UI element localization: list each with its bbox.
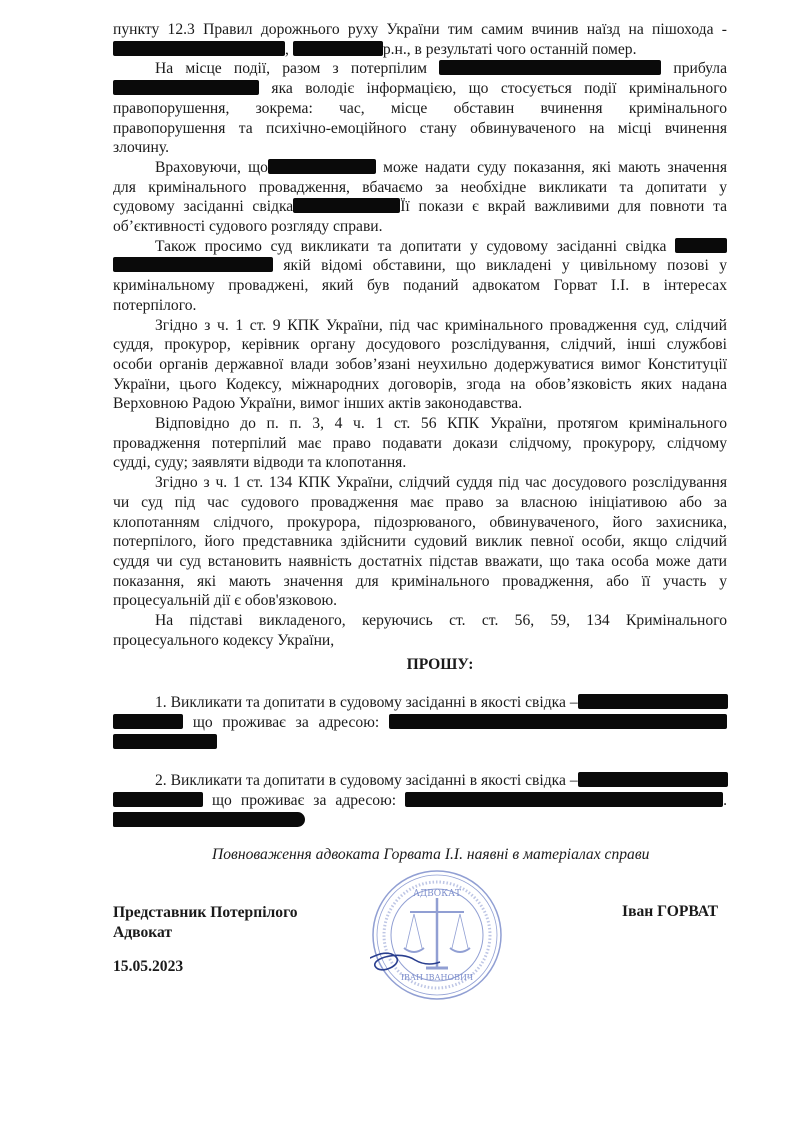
text-line: що проживає за адресою: . <box>113 791 727 811</box>
text-line: чи суд під час судового провадження має … <box>113 493 727 513</box>
paragraph-2: На місце події, разом з потерпілим прибу… <box>113 59 727 158</box>
redaction <box>675 238 727 253</box>
text-line: 2. Викликати та допитати в судовому засі… <box>113 771 727 791</box>
signature-date: 15.05.2023 <box>113 958 183 976</box>
text-line: Також просимо суд викликати та допитати … <box>113 237 727 257</box>
redaction <box>389 714 727 729</box>
redaction <box>113 792 203 807</box>
redaction <box>293 41 383 56</box>
text-line: Згідно з ч. 1 ст. 134 КПК України, слідч… <box>113 473 727 493</box>
paragraph-3: Враховуючи, що може надати суду показанн… <box>113 158 727 237</box>
text-line: особи органів державної влади зобов’язан… <box>113 355 727 375</box>
text-line: якій відомі обставини, що викладені у ци… <box>113 256 727 276</box>
role-line-1: Представник Потерпілого <box>113 903 298 923</box>
redaction <box>405 792 723 807</box>
text-line: правопорушення та психічно-емоційного ст… <box>113 119 727 139</box>
text-line: процесуальній дії є обов'язковою. <box>113 591 727 611</box>
redaction <box>113 257 273 272</box>
redaction <box>293 198 400 213</box>
svg-text:ІВАН ІВАНОВИЧ: ІВАН ІВАНОВИЧ <box>401 973 473 982</box>
text-line: 1. Викликати та допитати в судовому засі… <box>113 693 727 713</box>
paragraph-4: Також просимо суд викликати та допитати … <box>113 237 727 316</box>
paragraph-1: пункту 12.3 Правил дорожнього руху Украї… <box>113 20 727 59</box>
text-line: На місце події, разом з потерпілим прибу… <box>113 59 727 79</box>
text-line <box>113 811 727 831</box>
redaction <box>113 734 217 749</box>
redaction <box>113 812 305 827</box>
svg-text:АДВОКАТ: АДВОКАТ <box>413 889 461 899</box>
request-heading: ПРОШУ: <box>113 655 727 675</box>
lawyer-stamp-icon: АДВОКАТ ІВАН ІВАНОВИЧ <box>370 868 505 1003</box>
text-line: процесуального кодексу України, <box>113 631 727 651</box>
text-line: На підставі викладеного, керуючись ст. с… <box>113 611 727 631</box>
paragraph-6: Відповідно до п. п. 3, 4 ч. 1 ст. 56 КПК… <box>113 414 727 473</box>
redaction <box>113 80 259 95</box>
text-line: судовому засіданні свідкаЇї покази є вкр… <box>113 197 727 217</box>
signatory-role: Представник Потерпілого Адвокат <box>113 903 298 942</box>
document-body: пункту 12.3 Правил дорожнього руху Украї… <box>113 20 727 830</box>
text-line: яка володіє інформацією, що стосується п… <box>113 79 727 99</box>
text-line: для кримінального провадження, вбачаємо … <box>113 178 727 198</box>
text-line: провадження потерпілий має право подават… <box>113 434 727 454</box>
redaction <box>578 694 728 709</box>
text-line: суддя, прокурор, керівник органу досудов… <box>113 335 727 355</box>
text-line: Відповідно до п. п. 3, 4 ч. 1 ст. 56 КПК… <box>113 414 727 434</box>
text-line: України, цього Кодексу, міжнародних дого… <box>113 375 727 395</box>
text-line: клопотанням слідчого, прокурора, підозрю… <box>113 513 727 533</box>
authority-note: Повноваження адвоката Горвата І.І. наявн… <box>212 846 649 864</box>
role-line-2: Адвокат <box>113 923 298 943</box>
redaction <box>578 772 728 787</box>
text-line: Враховуючи, що може надати суду показанн… <box>113 158 727 178</box>
signatory-name: Іван ГОРВАТ <box>622 903 718 921</box>
request-item-2: 2. Викликати та допитати в судовому засі… <box>113 771 727 830</box>
redaction <box>439 60 661 75</box>
text-line: , р.н., в результаті чого останній помер… <box>113 40 727 60</box>
text-line: Згідно з ч. 1 ст. 9 КПК України, під час… <box>113 316 727 336</box>
text-line <box>113 733 727 753</box>
text-line: судді, суду; заявляти відводи та клопота… <box>113 453 727 473</box>
redaction <box>113 41 285 56</box>
text-line: що проживає за адресою: <box>113 713 727 733</box>
text-line: потерпілого. <box>113 296 727 316</box>
text-line: кримінальному проваджені, який був подан… <box>113 276 727 296</box>
text-line: правопорушення, зокрема: час, місце обст… <box>113 99 727 119</box>
paragraph-5: Згідно з ч. 1 ст. 9 КПК України, під час… <box>113 316 727 415</box>
redaction <box>113 714 183 729</box>
text-line: потерпілого, його представника здійснити… <box>113 532 727 552</box>
text-line: суддя чи суд встановить наявність достат… <box>113 552 727 572</box>
text-line: Верховною Радою України, вимог інших акт… <box>113 394 727 414</box>
text-line: показання, які мають значення для кримін… <box>113 572 727 592</box>
text-line: об’єктивності судового розгляду справи. <box>113 217 727 237</box>
text-line: пункту 12.3 Правил дорожнього руху Украї… <box>113 20 727 40</box>
paragraph-8: На підставі викладеного, керуючись ст. с… <box>113 611 727 650</box>
paragraph-7: Згідно з ч. 1 ст. 134 КПК України, слідч… <box>113 473 727 611</box>
text-line: злочину. <box>113 138 727 158</box>
redaction <box>268 159 376 174</box>
request-item-1: 1. Викликати та допитати в судовому засі… <box>113 693 727 752</box>
